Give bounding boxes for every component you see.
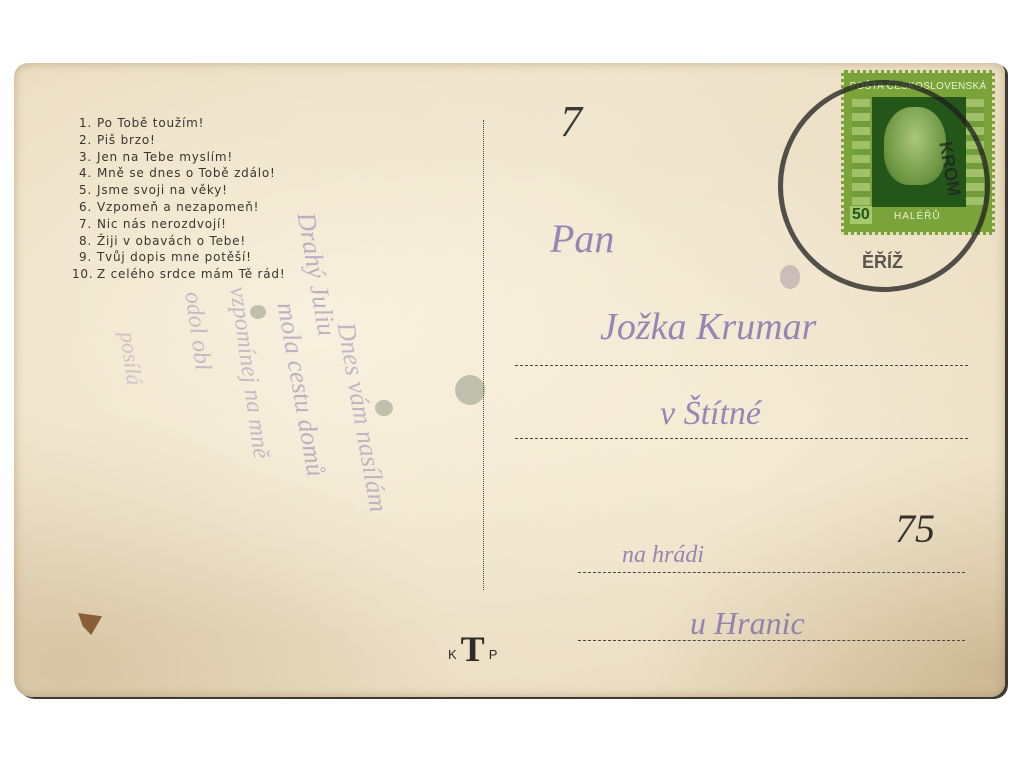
- phrase-text: Vzpomeň a nezapomeň!: [97, 200, 259, 214]
- address-line4-text: u Hranic: [690, 605, 805, 642]
- phrase-number: 1.: [72, 115, 92, 132]
- printed-phrase: 2.Piš brzo!: [72, 132, 285, 149]
- phrase-text: Mně se dnes o Tobě zdálo!: [97, 166, 276, 180]
- printed-phrase: 6.Vzpomeň a nezapomeň!: [72, 199, 285, 216]
- mold-speck: [250, 305, 266, 319]
- printed-phrase: 9.Tvůj dopis mne potěší!: [72, 249, 285, 266]
- phrase-text: Jen na Tebe myslím!: [97, 150, 233, 164]
- printed-phrase: 1.Po Tobě toužím!: [72, 115, 285, 132]
- phrase-number: 2.: [72, 132, 92, 149]
- publisher-mark-t: T: [461, 633, 485, 665]
- address-line2-text: v Štítné: [660, 395, 761, 433]
- center-divider: [483, 120, 484, 590]
- printed-phrase: 8.Žiji v obavách o Tebe!: [72, 233, 285, 250]
- printed-phrase: 10.Z celého srdce mám Tě rád!: [72, 266, 285, 283]
- mold-speck: [375, 400, 393, 416]
- publisher-mark-k: K: [448, 647, 457, 662]
- address-name: Jožka Krumar: [600, 305, 816, 349]
- phrase-number: 8.: [72, 233, 92, 250]
- phrase-text: Žiji v obavách o Tebe!: [97, 234, 246, 248]
- mold-speck: [455, 375, 485, 405]
- printed-phrase-list: 1.Po Tobě toužím!2.Piš brzo!3.Jen na Teb…: [72, 115, 285, 283]
- pencil-number: 7: [560, 96, 582, 147]
- phrase-text: Z celého srdce mám Tě rád!: [97, 267, 285, 281]
- address-line-2: [515, 438, 968, 439]
- publisher-mark: K T P: [448, 633, 497, 665]
- phrase-number: 4.: [72, 165, 92, 182]
- printed-phrase: 4.Mně se dnes o Tobě zdálo!: [72, 165, 285, 182]
- printed-phrase: 7.Nic nás nerozdvojí!: [72, 216, 285, 233]
- publisher-mark-p: P: [489, 647, 498, 662]
- phrase-text: Po Tobě toužím!: [97, 116, 204, 130]
- printed-phrase: 3.Jen na Tebe myslím!: [72, 149, 285, 166]
- phrase-number: 9.: [72, 249, 92, 266]
- phrase-text: Jsme svoji na věky!: [97, 183, 228, 197]
- address-line-3: [578, 572, 965, 573]
- phrase-text: Piš brzo!: [97, 133, 156, 147]
- printed-phrase: 5.Jsme svoji na věky!: [72, 182, 285, 199]
- phrase-number: 7.: [72, 216, 92, 233]
- phrase-text: Nic nás nerozdvojí!: [97, 217, 227, 231]
- address-line3-text: na hrádi: [622, 542, 704, 569]
- phrase-number: 5.: [72, 182, 92, 199]
- mold-speck: [780, 265, 800, 289]
- phrase-number: 3.: [72, 149, 92, 166]
- address-salutation: Pan: [550, 215, 614, 262]
- phrase-number: 6.: [72, 199, 92, 216]
- postmark-text: ĚŘÍŽ: [862, 252, 903, 273]
- phrase-text: Tvůj dopis mne potěší!: [97, 250, 252, 264]
- address-line-1: [515, 365, 968, 366]
- pencil-price: 75: [895, 505, 935, 552]
- phrase-number: 10.: [72, 266, 92, 283]
